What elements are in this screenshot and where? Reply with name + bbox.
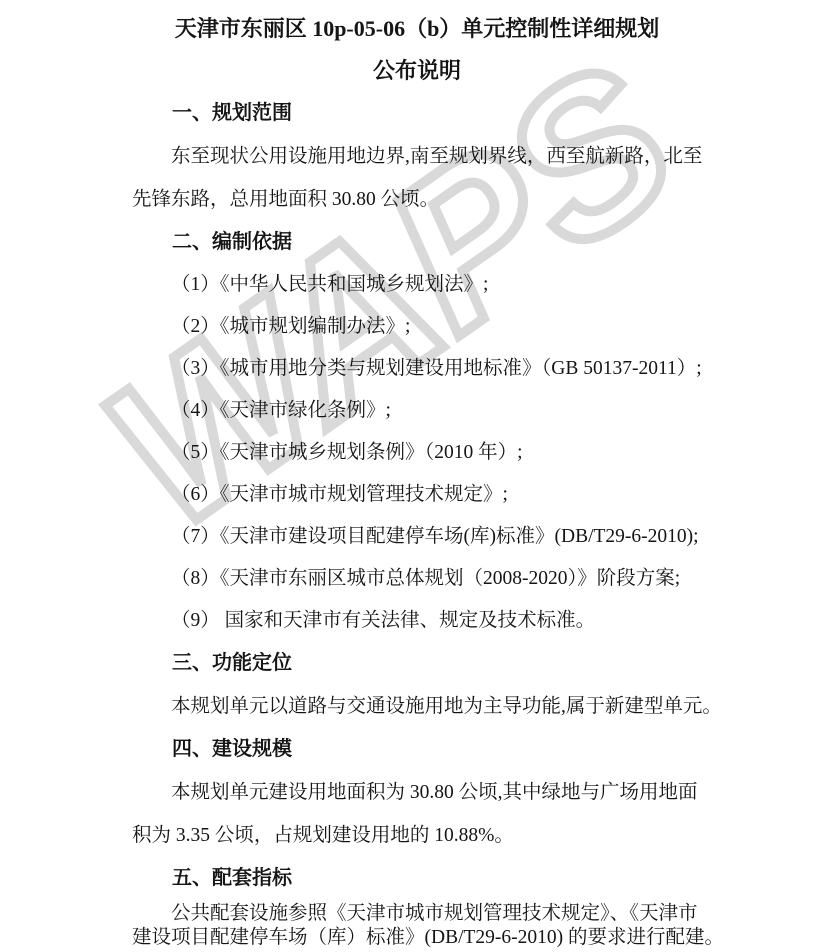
heading-construction-scale: 四、建设规模 [132, 728, 702, 771]
list-item: （5）《天津市城乡规划条例》（2010 年）; [132, 432, 702, 474]
list-item: （9） 国家和天津市有关法律、规定及技术标准。 [132, 600, 702, 642]
list-item: （7）《天津市建设项目配建停车场(库)标准》(DB/T29-6-2010); [132, 516, 702, 558]
document-page: WAPS 天津市东丽区 10p-05-06（b）单元控制性详细规划 公布说明 一… [0, 0, 823, 952]
para-line: 先锋东路，总用地面积 30.80 公顷。 [132, 178, 702, 221]
para-supporting-indicators: 公共配套设施参照《天津市城市规划管理技术规定》、《天津市 建设项目配建停车场（库… [132, 902, 702, 950]
basis-list: （1）《中华人民共和国城乡规划法》; （2）《城市规划编制办法》; （3）《城市… [132, 264, 702, 642]
heading-supporting-indicators: 五、配套指标 [132, 857, 702, 900]
list-item: （3）《城市用地分类与规划建设用地标准》（GB 50137-2011）; [132, 348, 702, 390]
para-construction-scale: 本规划单元建设用地面积为 30.80 公顷,其中绿地与广场用地面 积为 3.35… [132, 771, 702, 857]
para-functional-positioning: 本规划单元以道路与交通设施用地为主导功能,属于新建型单元。 [132, 685, 702, 728]
list-item: （1）《中华人民共和国城乡规划法》; [132, 264, 702, 306]
para-line: 本规划单元建设用地面积为 30.80 公顷,其中绿地与广场用地面 [132, 771, 702, 814]
doc-title: 天津市东丽区 10p-05-06（b）单元控制性详细规划 [132, 8, 702, 50]
list-item: （4）《天津市绿化条例》; [132, 390, 702, 432]
list-item: （8）《天津市东丽区城市总体规划（2008-2020）》阶段方案; [132, 558, 702, 600]
para-line: 东至现状公用设施用地边界,南至规划界线，西至航新路，北至 [132, 135, 702, 178]
para-line: 公共配套设施参照《天津市城市规划管理技术规定》、《天津市 [132, 902, 702, 926]
heading-compilation-basis: 二、编制依据 [132, 221, 702, 264]
heading-planning-scope: 一、规划范围 [132, 92, 702, 135]
doc-subtitle: 公布说明 [132, 50, 702, 92]
para-line: 建设项目配建停车场（库）标准》(DB/T29-6-2010) 的要求进行配建。 [132, 926, 702, 950]
para-line: 积为 3.35 公顷，占规划建设用地的 10.88%。 [132, 814, 702, 857]
heading-functional-positioning: 三、功能定位 [132, 642, 702, 685]
list-item: （2）《城市规划编制办法》; [132, 306, 702, 348]
para-planning-scope: 东至现状公用设施用地边界,南至规划界线，西至航新路，北至 先锋东路，总用地面积 … [132, 135, 702, 221]
list-item: （6）《天津市城市规划管理技术规定》; [132, 474, 702, 516]
para-line: 本规划单元以道路与交通设施用地为主导功能,属于新建型单元。 [132, 685, 702, 728]
document-content: 天津市东丽区 10p-05-06（b）单元控制性详细规划 公布说明 一、规划范围… [0, 0, 823, 950]
